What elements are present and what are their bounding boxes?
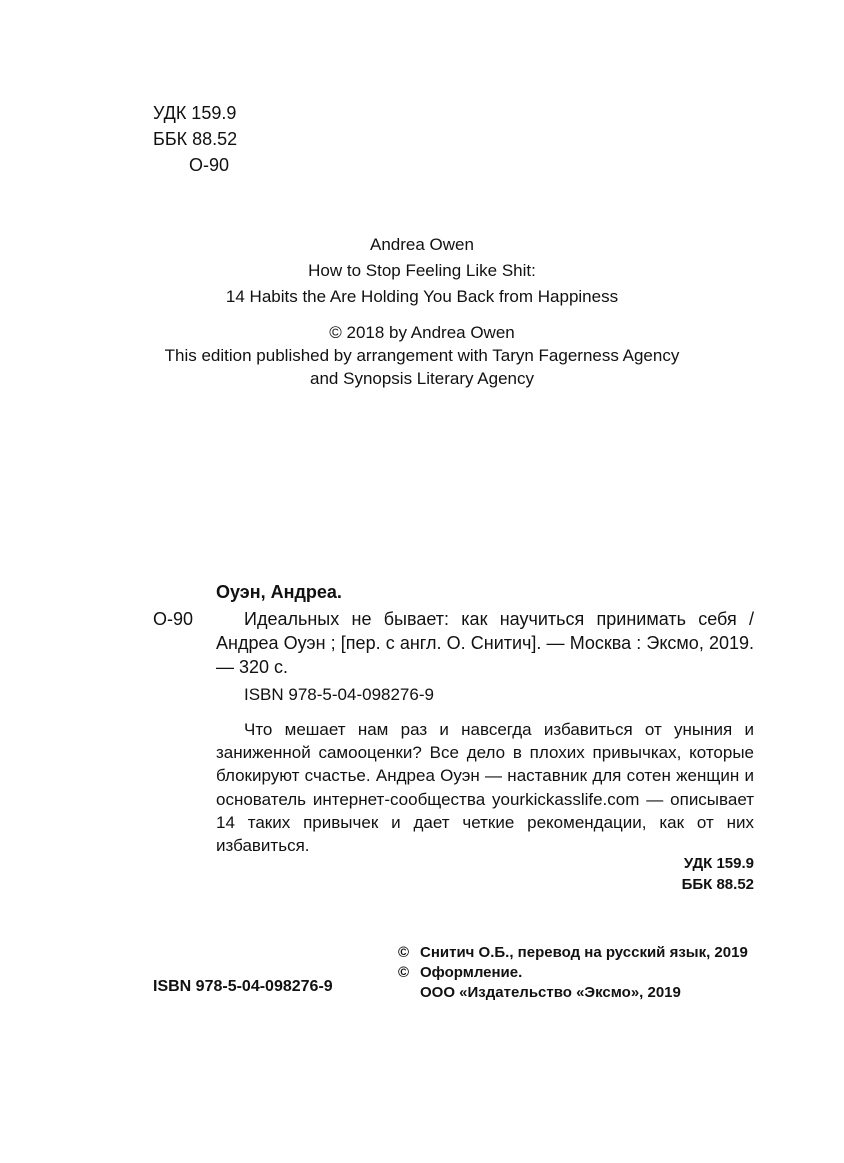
footer-isbn: ISBN 978-5-04-098276-9: [153, 977, 333, 997]
translation-copyright: Снитич О.Б., перевод на русский язык, 20…: [420, 944, 748, 961]
bbk-code-right: ББК 88.52: [682, 874, 754, 895]
classification-top: УДК 159.9 ББК 88.52 О-90: [153, 100, 237, 178]
bibliographic-description: Идеальных не бывает: как научиться прини…: [216, 607, 754, 679]
arrangement-line2: and Synopsis Literary Agency: [0, 367, 844, 390]
arrangement-line1: This edition published by arrangement wi…: [0, 344, 844, 367]
record-isbn: ISBN 978-5-04-098276-9: [244, 684, 434, 706]
annotation: Что мешает нам раз и навсегда избавиться…: [216, 718, 754, 857]
udk-code-right: УДК 159.9: [682, 853, 754, 874]
classification-right: УДК 159.9 ББК 88.52: [682, 853, 754, 895]
record-author-mark: О-90: [153, 607, 193, 631]
original-title-line1: How to Stop Feeling Like Shit:: [0, 258, 844, 284]
udk-code: УДК 159.9: [153, 100, 237, 126]
description-text: Идеальных не бывает: как научиться прини…: [216, 609, 754, 677]
author-mark: О-90: [153, 152, 237, 178]
design-copyright-line2: ООО «Издательство «Эксмо», 2019: [420, 984, 681, 1001]
bbk-code: ББК 88.52: [153, 126, 237, 152]
original-copyright: © 2018 by Andrea Owen: [0, 321, 844, 344]
copyright-icon: ©: [398, 963, 420, 983]
original-copyright-block: © 2018 by Andrea Owen This edition publi…: [0, 321, 844, 390]
design-copyright-line1: Оформление.: [420, 964, 522, 981]
original-title-line2: 14 Habits the Are Holding You Back from …: [0, 284, 844, 310]
original-author: Andrea Owen: [0, 232, 844, 258]
original-edition-block: Andrea Owen How to Stop Feeling Like Shi…: [0, 232, 844, 310]
copyright-icon: ©: [398, 943, 420, 963]
copyright-block: ©Снитич О.Б., перевод на русский язык, 2…: [398, 943, 748, 1003]
author-heading: Оуэн, Андреа.: [216, 580, 342, 604]
